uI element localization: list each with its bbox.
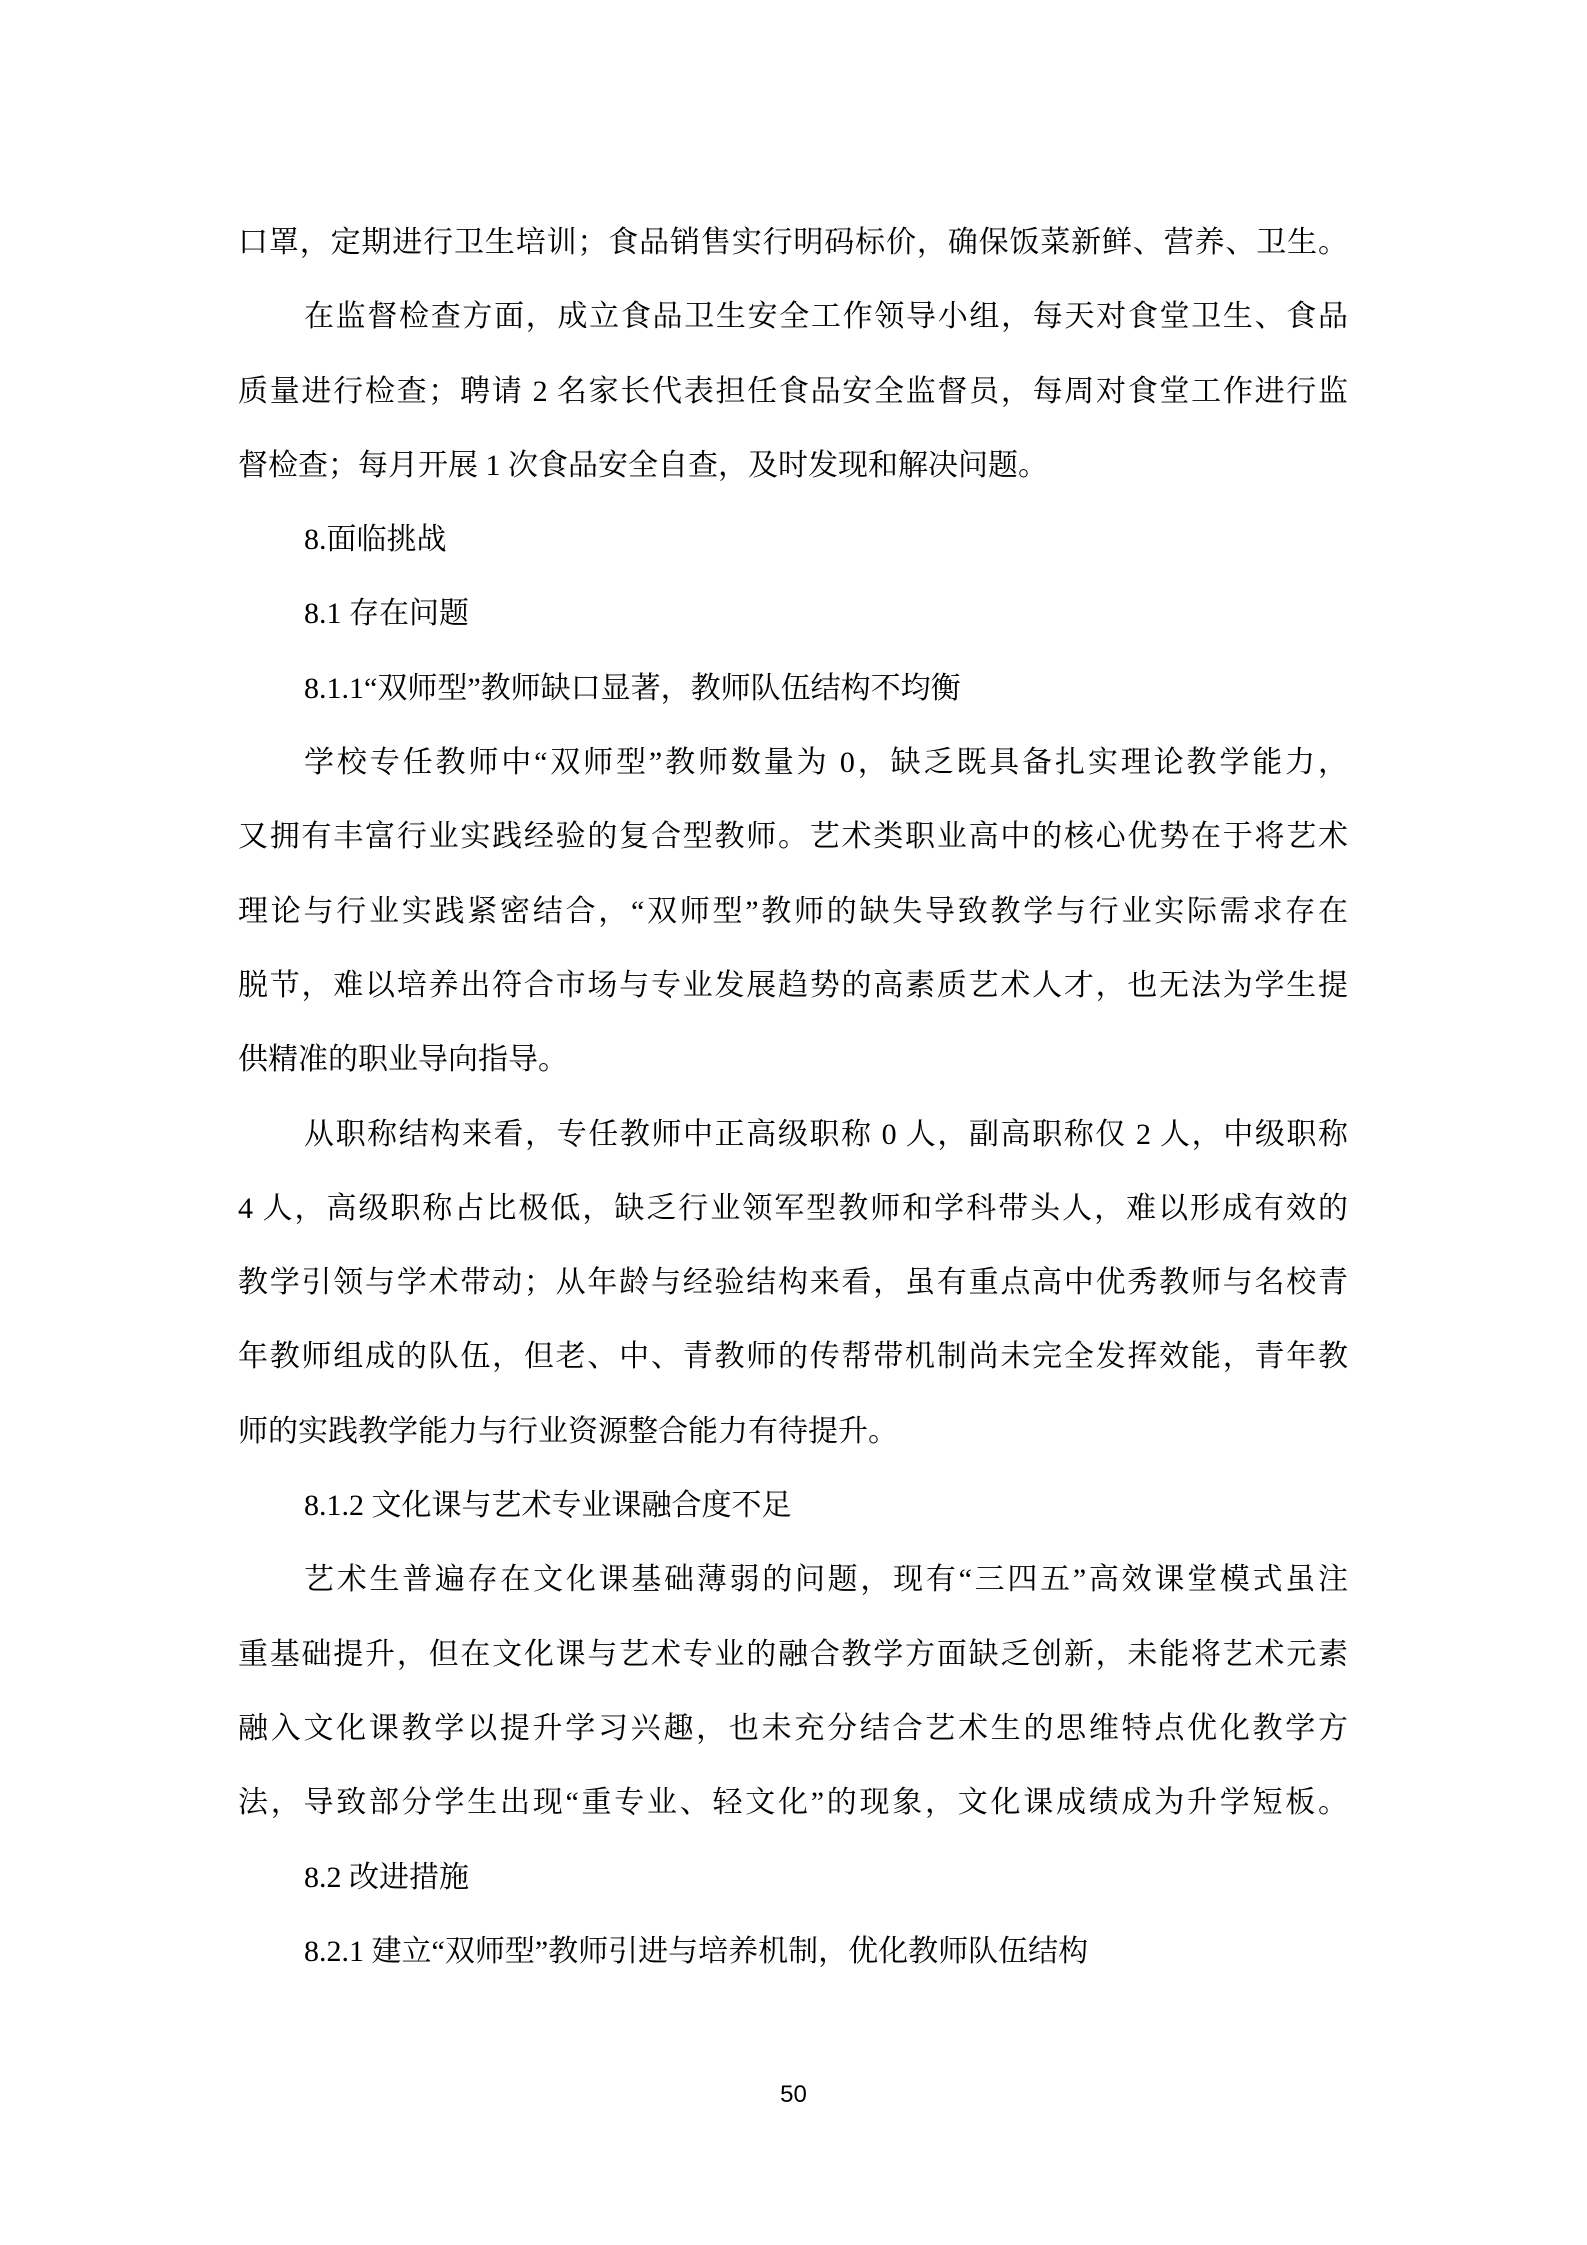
text-line: 质量进行检查；聘请 2 名家长代表担任食品安全监督员，每周对食堂工作进行监 [238,355,1348,429]
text-line: 重基础提升，但在文化课与艺术专业的融合教学方面缺乏创新，未能将艺术元素 [238,1618,1348,1692]
text-line: 师的实践教学能力与行业资源整合能力有待提升。 [238,1395,1348,1469]
text-line: 在监督检查方面，成立食品卫生安全工作领导小组，每天对食堂卫生、食品 [238,280,1348,354]
text-line: 口罩，定期进行卫生培训；食品销售实行明码标价，确保饭菜新鲜、营养、卫生。 [238,206,1348,280]
document-page: 口罩，定期进行卫生培训；食品销售实行明码标价，确保饭菜新鲜、营养、卫生。在监督检… [0,0,1587,2245]
document-body: 口罩，定期进行卫生培训；食品销售实行明码标价，确保饭菜新鲜、营养、卫生。在监督检… [238,206,1348,1989]
text-line: 融入文化课教学以提升学习兴趣，也未充分结合艺术生的思维特点优化教学方 [238,1692,1348,1766]
text-line: 8.2 改进措施 [238,1841,1348,1915]
text-line: 法，导致部分学生出现“重专业、轻文化”的现象，文化课成绩成为升学短板。 [238,1766,1348,1840]
text-line: 从职称结构来看，专任教师中正高级职称 0 人，副高职称仅 2 人，中级职称 [238,1098,1348,1172]
text-line: 理论与行业实践紧密结合，“双师型”教师的缺失导致教学与行业实际需求存在 [238,875,1348,949]
text-line: 8.2.1 建立“双师型”教师引进与培养机制，优化教师队伍结构 [238,1915,1348,1989]
text-line: 8.面临挑战 [238,503,1348,577]
text-line: 督检查；每月开展 1 次食品安全自查，及时发现和解决问题。 [238,429,1348,503]
text-line: 8.1 存在问题 [238,577,1348,651]
text-line: 脱节，难以培养出符合市场与专业发展趋势的高素质艺术人才，也无法为学生提 [238,949,1348,1023]
text-line: 8.1.2 文化课与艺术专业课融合度不足 [238,1469,1348,1543]
text-line: 又拥有丰富行业实践经验的复合型教师。艺术类职业高中的核心优势在于将艺术 [238,800,1348,874]
text-line: 年教师组成的队伍，但老、中、青教师的传帮带机制尚未完全发挥效能，青年教 [238,1320,1348,1394]
text-line: 艺术生普遍存在文化课基础薄弱的问题，现有“三四五”高效课堂模式虽注 [238,1543,1348,1617]
text-line: 供精准的职业导向指导。 [238,1023,1348,1097]
text-line: 教学引领与学术带动；从年龄与经验结构来看，虽有重点高中优秀教师与名校青 [238,1246,1348,1320]
page-number: 50 [0,2080,1587,2110]
text-line: 8.1.1“双师型”教师缺口显著，教师队伍结构不均衡 [238,652,1348,726]
text-line: 4 人，高级职称占比极低，缺乏行业领军型教师和学科带头人，难以形成有效的 [238,1172,1348,1246]
text-line: 学校专任教师中“双师型”教师数量为 0，缺乏既具备扎实理论教学能力， [238,726,1348,800]
